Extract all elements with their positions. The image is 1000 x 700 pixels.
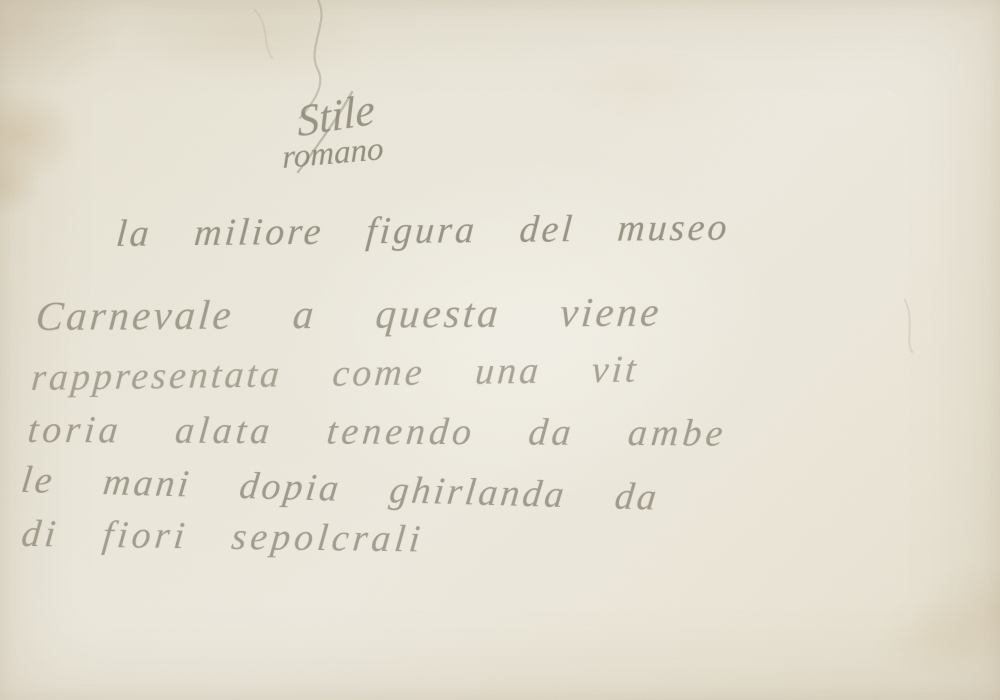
handwriting-line-5: le mani dopia ghirlanda da: [19, 458, 662, 520]
handwriting-line-3: rappresentata come una vit: [30, 348, 641, 401]
handwriting-line-2: Carnevale a questa viene: [34, 288, 663, 340]
aged-paper-sheet: Stile romano la miliore figura del museo…: [0, 0, 1000, 700]
handwriting-line-1: la miliore figura del museo: [115, 206, 732, 256]
handwriting-line-4: toria alata tenendo da ambe: [26, 408, 729, 456]
heading-word-romano: romano: [282, 131, 384, 177]
handwriting-line-6: di fiori sepolcrali: [20, 512, 426, 562]
